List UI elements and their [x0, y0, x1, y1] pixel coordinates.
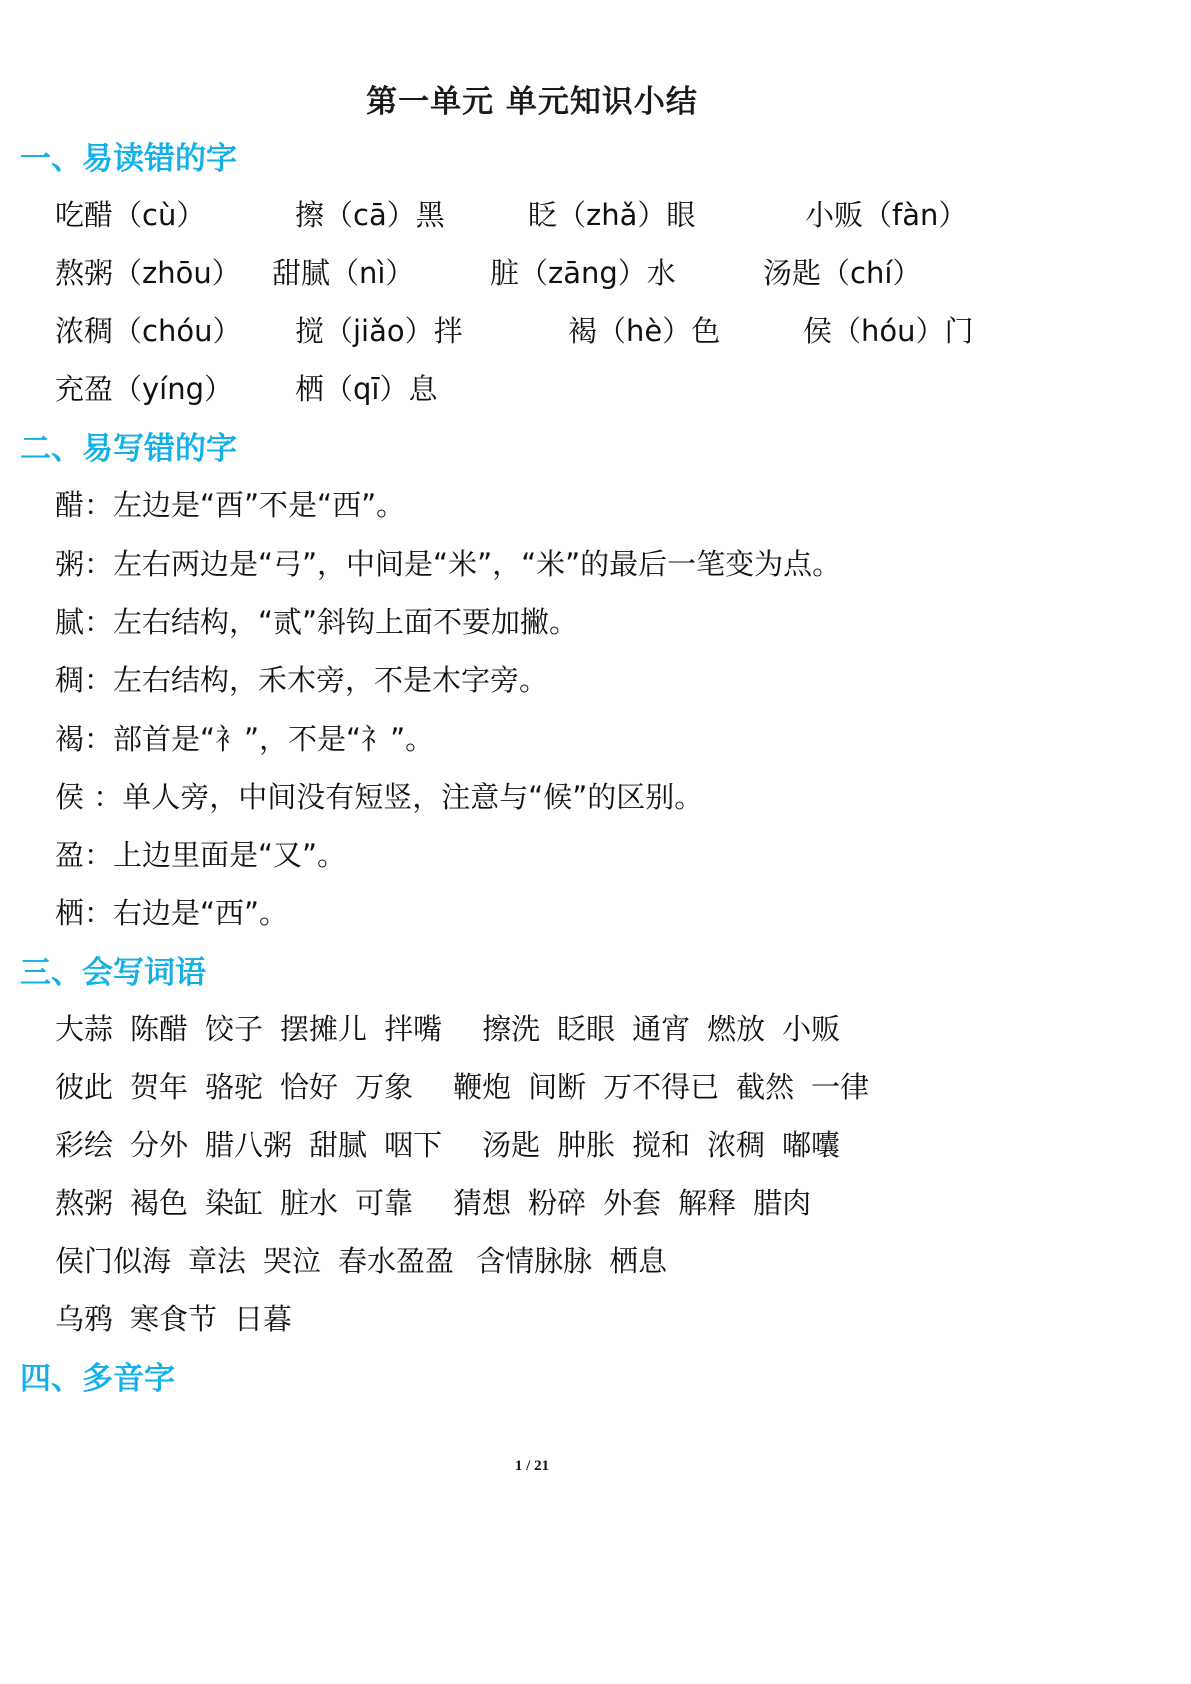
- vocab-word: 寒食节: [130, 1297, 217, 1338]
- vocab-word: 贺年: [130, 1065, 188, 1106]
- vocab-word: 骆驼: [205, 1065, 263, 1106]
- vocab-word: 咽下: [384, 1123, 442, 1164]
- vocabulary-row: 熬粥褐色染缸脏水可靠猜想粉碎外套解释腊肉: [55, 1181, 828, 1222]
- vocab-word: 春水盈盈: [338, 1239, 454, 1280]
- vocabulary-row: 彼此贺年骆驼恰好万象鞭炮间断万不得已截然一律: [55, 1065, 886, 1106]
- misread-item: 侯（hóu）门: [803, 309, 974, 350]
- misread-item: 吃醋（cù）: [55, 193, 205, 234]
- vocab-word: 章法: [188, 1239, 246, 1280]
- vocab-word: 哭泣: [263, 1239, 321, 1280]
- vocabulary-row: 侯门似海章法哭泣春水盈盈含情脉脉栖息: [55, 1239, 684, 1280]
- vocab-word: 褐色: [130, 1181, 188, 1222]
- vocab-word: 猜想: [453, 1181, 511, 1222]
- vocab-word: 搅和: [632, 1123, 690, 1164]
- vocab-word: 腊肉: [753, 1181, 811, 1222]
- vocab-word: 侯门似海: [55, 1239, 171, 1280]
- section-heading-polyphones: 四、多音字: [20, 1353, 175, 1398]
- vocab-word: 粉碎: [528, 1181, 586, 1222]
- misread-item: 小贩（fàn）: [805, 193, 967, 234]
- vocab-word: 小贩: [782, 1007, 840, 1048]
- vocabulary-row: 大蒜陈醋饺子摆摊儿拌嘴擦洗眨眼通宵燃放小贩: [55, 1007, 857, 1048]
- misread-item: 搅（jiǎo）拌: [295, 309, 463, 350]
- vocab-word: 间断: [528, 1065, 586, 1106]
- vocab-word: 一律: [811, 1065, 869, 1106]
- misread-item: 栖（qī）息: [295, 367, 437, 408]
- vocab-word: 摆摊儿: [280, 1007, 367, 1048]
- misread-item: 熬粥（zhōu）: [55, 251, 241, 292]
- misread-item: 眨（zhǎ）眼: [528, 193, 695, 234]
- vocab-word: 脏水: [280, 1181, 338, 1222]
- vocab-word: 日暮: [234, 1297, 292, 1338]
- vocab-word: 擦洗: [482, 1007, 540, 1048]
- vocab-word: 腊八粥: [205, 1123, 292, 1164]
- vocab-word: 彼此: [55, 1065, 113, 1106]
- vocab-word: 肿胀: [557, 1123, 615, 1164]
- misread-item: 褐（hè）色: [568, 309, 720, 350]
- vocab-word: 恰好: [280, 1065, 338, 1106]
- vocab-word: 熬粥: [55, 1181, 113, 1222]
- vocab-word: 外套: [603, 1181, 661, 1222]
- miswritten-item: 栖：右边是“西”。: [55, 891, 288, 932]
- vocab-word: 通宵: [632, 1007, 690, 1048]
- miswritten-item: 稠：左右结构，禾木旁，不是木字旁。: [55, 658, 548, 699]
- vocab-word: 彩绘: [55, 1123, 113, 1164]
- miswritten-item: 醋：左边是“酉”不是“西”。: [55, 483, 405, 524]
- misread-item: 汤匙（chí）: [763, 251, 921, 292]
- vocab-word: 分外: [130, 1123, 188, 1164]
- section-heading-vocabulary: 三、会写词语: [20, 947, 206, 992]
- vocab-word: 栖息: [609, 1239, 667, 1280]
- misread-item: 脏（zāng）水: [490, 251, 676, 292]
- misread-item: 擦（cā）黑: [295, 193, 445, 234]
- vocab-word: 截然: [736, 1065, 794, 1106]
- vocab-word: 浓稠: [707, 1123, 765, 1164]
- vocab-word: 万不得已: [603, 1065, 719, 1106]
- vocab-word: 饺子: [205, 1007, 263, 1048]
- page-title: 第一单元 单元知识小结: [0, 76, 1064, 121]
- vocab-word: 甜腻: [309, 1123, 367, 1164]
- miswritten-item: 粥：左右两边是“弓”，中间是“米”，“米”的最后一笔变为点。: [55, 542, 841, 583]
- section-heading-misread: 一、易读错的字: [20, 133, 237, 178]
- vocab-word: 燃放: [707, 1007, 765, 1048]
- vocab-word: 含情脉脉: [476, 1239, 592, 1280]
- miswritten-item: 侯 ：单人旁，中间没有短竖，注意与“候”的区别。: [55, 775, 703, 816]
- vocab-word: 乌鸦: [55, 1297, 113, 1338]
- vocabulary-row: 乌鸦寒食节日暮: [55, 1297, 309, 1338]
- miswritten-item: 腻：左右结构，“贰”斜钩上面不要加撇。: [55, 600, 578, 641]
- vocab-word: 解释: [678, 1181, 736, 1222]
- misread-item: 甜腻（nì）: [272, 251, 414, 292]
- vocab-word: 嘟囔: [782, 1123, 840, 1164]
- vocab-word: 眨眼: [557, 1007, 615, 1048]
- miswritten-item: 褐：部首是“衤”，不是“礻”。: [55, 717, 434, 758]
- vocabulary-row: 彩绘分外腊八粥甜腻咽下汤匙肿胀搅和浓稠嘟囔: [55, 1123, 857, 1164]
- vocab-word: 万象: [355, 1065, 413, 1106]
- vocab-word: 可靠: [355, 1181, 413, 1222]
- vocab-word: 汤匙: [482, 1123, 540, 1164]
- miswritten-item: 盈：上边里面是“又”。: [55, 833, 346, 874]
- misread-item: 浓稠（chóu）: [55, 309, 241, 350]
- misread-item: 充盈（yíng）: [55, 367, 233, 408]
- vocab-word: 拌嘴: [384, 1007, 442, 1048]
- vocab-word: 陈醋: [130, 1007, 188, 1048]
- vocab-word: 大蒜: [55, 1007, 113, 1048]
- vocab-word: 鞭炮: [453, 1065, 511, 1106]
- section-heading-miswritten: 二、易写错的字: [20, 423, 237, 468]
- vocab-word: 染缸: [205, 1181, 263, 1222]
- page-indicator: 1 / 21: [0, 1458, 1064, 1475]
